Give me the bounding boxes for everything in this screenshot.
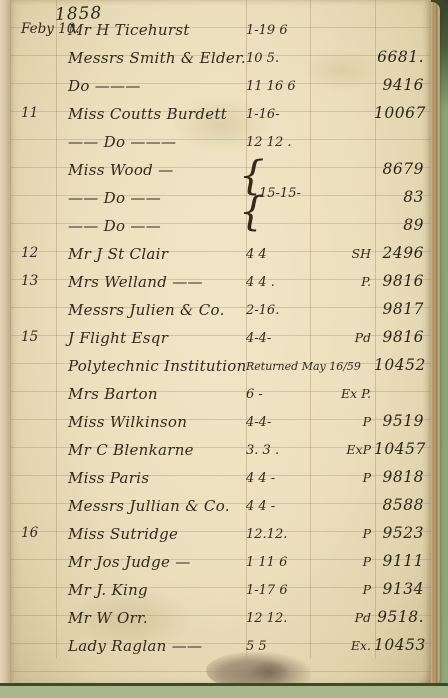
entry-payment-mark: P (310, 528, 374, 541)
group-amount: 15-15- (259, 186, 301, 201)
ledger-row: Miss Wood — 8679 (11, 156, 431, 184)
ledger-row: Messrs Julien & Co. 2-16. 9817 (11, 296, 431, 324)
entry-name: Miss Coutts Burdett (56, 107, 246, 122)
entry-name: Mr W Orr. (56, 611, 246, 626)
entry-receipt-number: 9816 (374, 274, 431, 290)
ledger-row: 13 Mrs Welland —— 4 4 . P. 9816 (11, 268, 431, 296)
scanned-ledger-photo: 1858 Feby 10. Mr H Ticehurst 1-19 6 Mess… (0, 0, 448, 698)
entry-name: Messrs Jullian & Co. (56, 499, 246, 514)
ledger-row: Mr J. King 1-17 6 P 9134 (11, 576, 431, 604)
entry-name: Mr Jos Judge — (56, 555, 246, 570)
entry-receipt-number: 9518. (374, 610, 431, 626)
entry-receipt-number: 9523 (374, 526, 431, 542)
entry-payment-mark: P (310, 472, 374, 485)
entry-receipt-number: 10452 (374, 358, 431, 374)
entry-name: Mr H Ticehurst (56, 23, 246, 38)
ledger-row: Mr W Orr. 12 12. Pd 9518. (11, 604, 431, 632)
entry-date: 15 (11, 331, 56, 345)
entry-receipt-number: 8679 (374, 162, 431, 178)
entry-receipt-number: 9817 (374, 302, 431, 318)
background-mat-right (434, 0, 448, 690)
entry-date: 12 (11, 247, 56, 261)
entry-amount: 1 11 6 (246, 556, 310, 569)
entry-date: Feby 10. (11, 23, 56, 37)
entry-name: Mr C Blenkarne (56, 443, 246, 458)
ledger-row: 11 Miss Coutts Burdett 1-16- 10067 (11, 100, 431, 128)
ledger-rows: Feby 10. Mr H Ticehurst 1-19 6 Messrs Sm… (11, 16, 431, 660)
paper-stain (249, 660, 289, 684)
ledger-row: Mr C Blenkarne 3. 3 . ExP 10457 (11, 436, 431, 464)
entry-date: 13 (11, 275, 56, 289)
ledger-row: 12 Mr J St Clair 4 4 SH 2496 (11, 240, 431, 268)
entry-name: Mrs Barton (56, 387, 246, 402)
entry-payment-mark: P (310, 416, 374, 429)
entry-receipt-number: 9816 (374, 330, 431, 346)
entry-name: Messrs Julien & Co. (56, 303, 246, 318)
ledger-row: 16 Miss Sutridge 12.12. P 9523 (11, 520, 431, 548)
entry-amount: 4-4- (246, 416, 310, 429)
entry-amount: 4 4 (246, 248, 310, 261)
entry-amount: 1-17 6 (246, 584, 310, 597)
entry-amount: 3. 3 . (246, 444, 310, 457)
entry-amount: 12 12. (246, 612, 310, 625)
ledger-row: Miss Paris 4 4 - P 9818 (11, 464, 431, 492)
entry-receipt-number: 9818 (374, 470, 431, 486)
entry-receipt-number: 89 (374, 218, 431, 234)
entry-amount: 2-16. (246, 304, 310, 317)
background-mat-bottom (0, 683, 448, 698)
entry-amount: 6 - (246, 388, 310, 401)
entry-amount: 5 5 (246, 640, 310, 653)
ledger-row: Mrs Barton 6 - Ex P. (11, 380, 431, 408)
entry-name: Miss Sutridge (56, 527, 246, 542)
entry-name: Miss Wood — (56, 163, 246, 178)
entry-name: Mr J. King (56, 583, 246, 598)
entry-receipt-number: 9134 (374, 582, 431, 598)
entry-payment-mark: Pd (310, 612, 374, 625)
entry-name: Miss Wilkinson (56, 415, 246, 430)
entry-amount: 4 4 . (246, 276, 310, 289)
ledger-row: Miss Wilkinson 4-4- P 9519 (11, 408, 431, 436)
entry-payment-mark: P (310, 584, 374, 597)
entry-payment-mark: ExP (310, 444, 374, 457)
entry-payment-mark: Ex. (310, 640, 374, 653)
entry-receipt-number: 10457 (374, 442, 431, 458)
entry-amount: 10 5. (246, 52, 310, 65)
entry-name: —— Do —— (56, 191, 246, 206)
entry-amount: 4-4- (246, 332, 310, 345)
ledger-row: —— Do —— 83 (11, 184, 431, 212)
entry-name: —— Do ——— (56, 135, 246, 150)
entry-date: 11 (11, 107, 56, 121)
entry-name: Mr J St Clair (56, 247, 246, 262)
entry-receipt-number: 9519 (374, 414, 431, 430)
entry-payment-mark: SH (310, 248, 374, 261)
ledger-row: Mr Jos Judge — 1 11 6 P 9111 (11, 548, 431, 576)
entry-amount: 4 4 - (246, 500, 310, 513)
entry-payment-mark: Ex P. (310, 388, 374, 401)
entry-amount: 12 12 . (246, 136, 310, 149)
entry-amount: Returned May 16/59 (246, 361, 310, 372)
entry-amount: 1-16- (246, 108, 310, 121)
entry-date: 16 (11, 527, 56, 541)
entry-receipt-number: 2496 (374, 246, 431, 262)
ledger-page: 1858 Feby 10. Mr H Ticehurst 1-19 6 Mess… (11, 0, 431, 690)
entry-receipt-number: 83 (374, 190, 431, 206)
entry-receipt-number: 6681. (374, 50, 431, 66)
entry-receipt-number: 9111 (374, 554, 431, 570)
entry-name: —— Do —— (56, 219, 246, 234)
ledger-row: Polytechnic Institution Returned May 16/… (11, 352, 431, 380)
ledger-row: —— Do ——— 12 12 . (11, 128, 431, 156)
ledger-row: Feby 10. Mr H Ticehurst 1-19 6 (11, 16, 431, 44)
entry-receipt-number: 10067 (374, 106, 431, 122)
entry-payment-mark: P (310, 556, 374, 569)
ledger-row: —— Do —— 89 (11, 212, 431, 240)
ledger-row: 15 J Flight Esqr 4-4- Pd 9816 (11, 324, 431, 352)
entry-name: Polytechnic Institution (56, 359, 246, 374)
entry-name: Do ——— (56, 79, 246, 94)
ledger-row: Messrs Jullian & Co. 4 4 - 8588 (11, 492, 431, 520)
entry-name: Lady Raglan —— (56, 639, 246, 654)
entry-payment-mark: P. (310, 276, 374, 289)
entry-receipt-number: 8588 (374, 498, 431, 514)
entry-receipt-number: 9416 (374, 78, 431, 94)
entry-name: J Flight Esqr (56, 331, 246, 346)
entry-amount: 11 16 6 (246, 80, 310, 93)
entry-payment-mark: Pd (310, 332, 374, 345)
ledger-row: Do ——— 11 16 6 9416 (11, 72, 431, 100)
entry-name: Miss Paris (56, 471, 246, 486)
entry-name: Messrs Smith & Elder. (56, 51, 246, 66)
entry-name: Mrs Welland —— (56, 275, 246, 290)
entry-amount: 1-19 6 (246, 24, 310, 37)
entry-receipt-number: 10453 (374, 638, 431, 654)
entry-amount: 12.12. (246, 528, 310, 541)
ledger-row: Messrs Smith & Elder. 10 5. 6681. (11, 44, 431, 72)
entry-amount: 4 4 - (246, 472, 310, 485)
